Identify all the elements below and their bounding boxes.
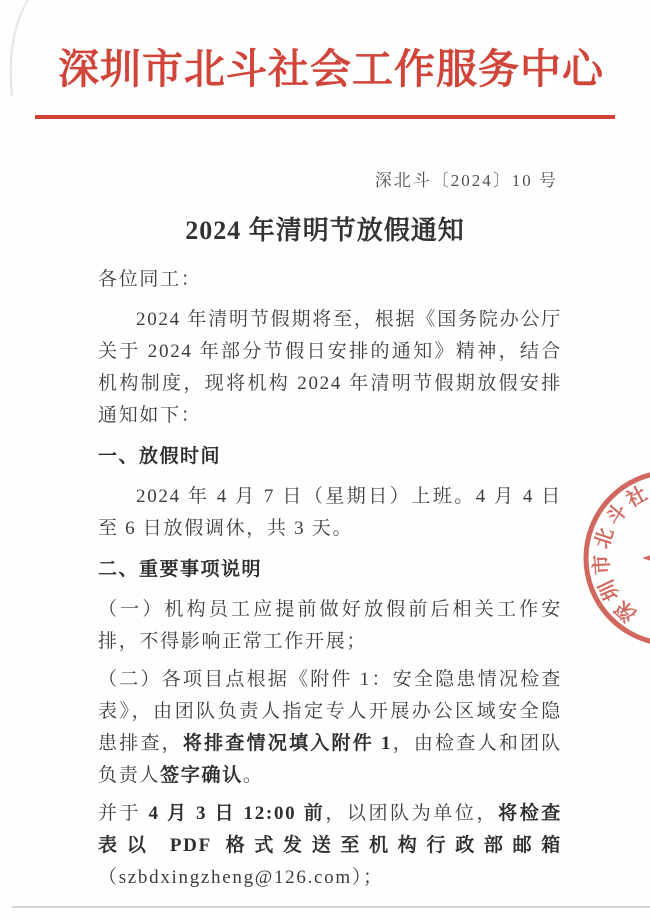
notice-body: 各位同工： 2024 年清明节假期将至，根据《国务院办公厅关于 2024 年部分… <box>98 264 562 894</box>
item3-run3: ，以团队为单位， <box>325 803 498 824</box>
intro-paragraph: 2024 年清明节假期将至，根据《国务院办公厅关于 2024 年部分节假日安排的… <box>98 304 562 432</box>
salutation: 各位同工： <box>98 264 562 296</box>
item2-run5: 。 <box>243 765 264 786</box>
item3-run5: （szbdxingzheng@126.com）； <box>98 867 384 888</box>
scan-edge-artifact <box>12 906 650 908</box>
section1-paragraph: 2024 年 4 月 7 日（星期日）上班。4 月 4 日至 6 日放假调休，共… <box>98 481 562 545</box>
letterhead-divider <box>35 115 615 119</box>
notice-title: 2024 年清明节放假通知 <box>0 210 650 247</box>
letterhead-org-name: 深圳市北斗社会工作服务中心 <box>40 36 622 95</box>
section2-item1-text: （一）机构员工应提前做好放假前后相关工作安排，不得影响正常工作开展； <box>98 599 562 652</box>
scan-corner-artifact <box>0 0 40 100</box>
section1-heading: 一、放假时间 <box>98 441 562 473</box>
section2-item3: 并于 4 月 3 日 12:00 前，以团队为单位，将检查表以 PDF 格式发送… <box>98 798 562 894</box>
section2-item2: （二）各项目点根据《附件 1：安全隐患情况检查表》，由团队负责人指定专人开展办公… <box>98 664 562 792</box>
scanned-notice-page: 深圳市北斗社会工作服务中心 深北斗〔2024〕10 号 2024 年清明节放假通… <box>0 0 650 920</box>
item2-run4-bold: 签字确认 <box>160 765 243 786</box>
section2-heading: 二、重要事项说明 <box>98 554 562 586</box>
item3-run1: 并于 <box>98 803 149 824</box>
item2-run2-bold: 将排查情况填入附件 1 <box>183 733 392 754</box>
item3-run2-bold: 4 月 3 日 12:00 前 <box>149 803 326 824</box>
doc-number: 深北斗〔2024〕10 号 <box>375 166 558 191</box>
section2-item1: （一）机构员工应提前做好放假前后相关工作安排，不得影响正常工作开展； <box>98 594 562 658</box>
official-seal: 深圳市北斗社会工作服务中心 <box>562 448 650 668</box>
seal-star-icon <box>636 521 650 590</box>
